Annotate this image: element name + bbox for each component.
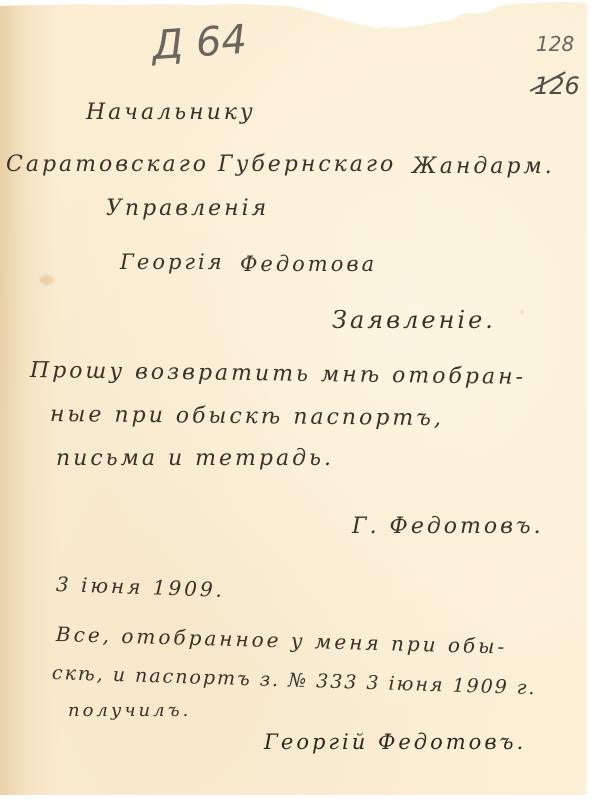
addressee-word-gendarm: Жандарм. bbox=[412, 154, 555, 179]
petitioner-first-name: Георгія bbox=[120, 250, 225, 274]
body-line-3: письма и тетрадь. bbox=[56, 446, 334, 471]
receipt-line-3: получилъ. bbox=[68, 700, 191, 721]
scan-border-bottom bbox=[0, 795, 591, 799]
signature-first: Г. Федотовъ. bbox=[352, 514, 544, 539]
addressee-word-saratov: Саратовскаго bbox=[6, 152, 209, 177]
archive-folio-number: 128 bbox=[536, 32, 574, 56]
body-line-2: ные при обыскѣ паспортъ, bbox=[50, 402, 444, 431]
addressee-line-1: Начальнику bbox=[86, 100, 256, 125]
paper-stain bbox=[40, 275, 54, 285]
petitioner-last-name: Федотова bbox=[240, 252, 377, 276]
document-title: Заявленіе. bbox=[332, 306, 496, 334]
signature-second: Георгій Федотовъ. bbox=[264, 730, 526, 754]
scan-border-right bbox=[585, 0, 591, 799]
archive-mark-delo: Д 64 bbox=[151, 17, 249, 70]
document-page: Д 64 128 126 Начальнику Саратовскаго Губ… bbox=[0, 0, 591, 799]
torn-top-edge bbox=[0, 0, 591, 40]
addressee-line-3: Управленія bbox=[106, 196, 269, 221]
paper-stain bbox=[520, 310, 524, 314]
addressee-word-gubern: Губернскаго bbox=[218, 152, 396, 177]
